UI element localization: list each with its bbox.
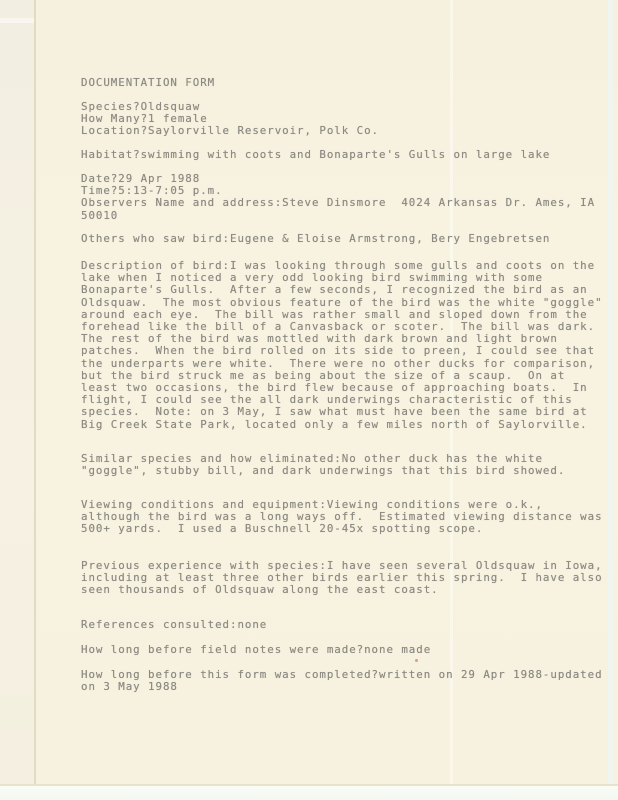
field-form-completed-timing: How long before this form was completed?… [81, 669, 603, 693]
field-habitat: Habitat?swimming with coots and Bonapart… [81, 149, 550, 161]
scan-speck [415, 659, 418, 662]
field-description-of-bird: Description of bird:I was looking throug… [81, 260, 603, 431]
paper-fold-crease-left [34, 0, 36, 786]
field-viewing-conditions: Viewing conditions and equipment:Viewing… [81, 499, 603, 536]
field-field-notes-timing: How long before field notes were made?no… [81, 644, 431, 656]
field-date-time-observers: Date?29 Apr 1988 Time?5:13-7:05 p.m. Obs… [81, 173, 595, 222]
field-identification: Species?Oldsquaw How Many?1 female Locat… [81, 101, 379, 138]
paper-left-margin-strip [0, 0, 34, 786]
scanner-edge-band-right [608, 0, 613, 800]
field-others-who-saw-bird: Others who saw bird:Eugene & Eloise Arms… [81, 233, 550, 245]
scan-artifact-highlight [0, 18, 34, 23]
field-previous-experience: Previous experience with species:I have … [81, 560, 603, 597]
form-title: DOCUMENTATION FORM [81, 77, 215, 89]
field-references-consulted: References consulted:none [81, 619, 267, 631]
scanned-document: DOCUMENTATION FORM Species?Oldsquaw How … [0, 0, 618, 800]
field-similar-species: Similar species and how eliminated:No ot… [81, 453, 565, 477]
scanner-edge-band-bottom [0, 786, 618, 800]
